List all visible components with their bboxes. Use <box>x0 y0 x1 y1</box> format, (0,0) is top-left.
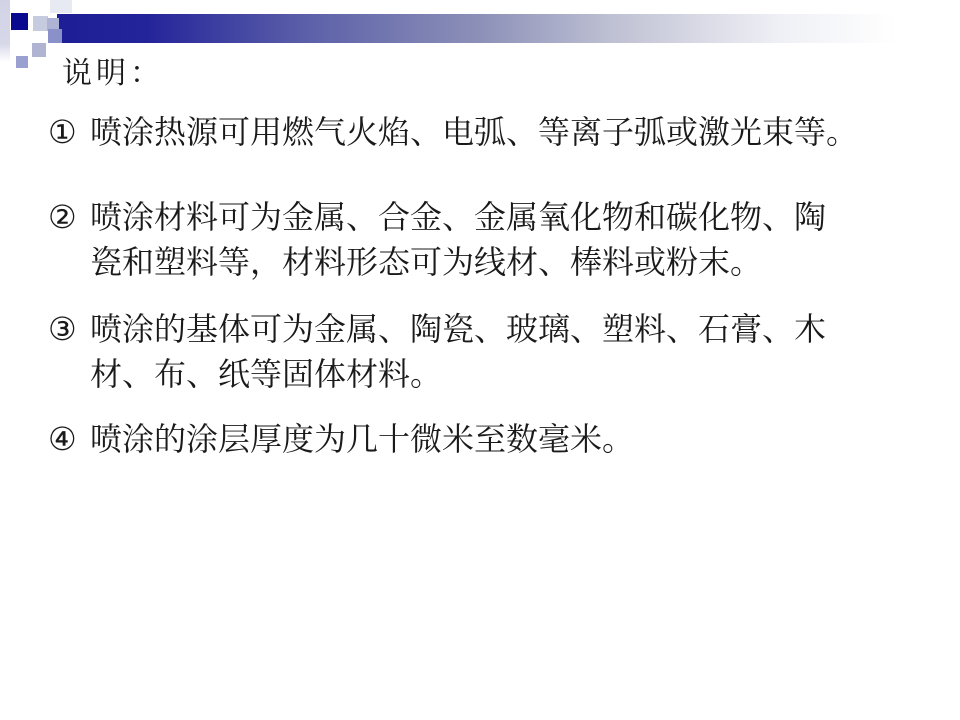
deco-square-light <box>33 16 48 31</box>
header-gradient-bar <box>57 14 960 43</box>
item-text-line: 喷涂热源可用燃气火焰、电弧、等离子弧或激光束等。 <box>90 110 878 155</box>
list-item: ① 喷涂热源可用燃气火焰、电弧、等离子弧或激光束等。 <box>48 110 878 155</box>
slide-title: 说明： <box>62 54 164 94</box>
item-text-line: 喷涂材料可为金属、合金、金属氧化物和碳化物、陶 <box>90 195 878 240</box>
slide: 说明： ① 喷涂热源可用燃气火焰、电弧、等离子弧或激光束等。 ② 喷涂材料可为金… <box>0 0 960 720</box>
item-marker: ① <box>48 110 77 155</box>
list-item: ③ 喷涂的基体可为金属、陶瓷、玻璃、塑料、石膏、木 材、布、纸等固体材料。 <box>48 307 878 397</box>
deco-square-pale <box>50 0 72 13</box>
item-text-line: 喷涂的基体可为金属、陶瓷、玻璃、塑料、石膏、木 <box>90 307 878 352</box>
item-list: ① 喷涂热源可用燃气火焰、电弧、等离子弧或激光束等。 ② 喷涂材料可为金属、合金… <box>48 110 878 462</box>
deco-square-navy <box>11 13 28 30</box>
item-marker: ② <box>48 195 77 240</box>
left-edge-strip <box>0 0 10 62</box>
item-marker: ④ <box>48 417 77 462</box>
list-item: ④ 喷涂的涂层厚度为几十微米至数毫米。 <box>48 417 878 462</box>
list-item: ② 喷涂材料可为金属、合金、金属氧化物和碳化物、陶 瓷和塑料等，材料形态可为线材… <box>48 195 878 285</box>
item-text-line: 材、布、纸等固体材料。 <box>90 352 878 397</box>
deco-square-gray <box>32 43 46 57</box>
item-marker: ③ <box>48 307 77 352</box>
deco-square-blue <box>16 56 28 68</box>
deco-square-medium <box>48 29 62 43</box>
item-text-line: 瓷和塑料等，材料形态可为线材、棒料或粉末。 <box>90 240 878 285</box>
item-text-line: 喷涂的涂层厚度为几十微米至数毫米。 <box>90 417 878 462</box>
